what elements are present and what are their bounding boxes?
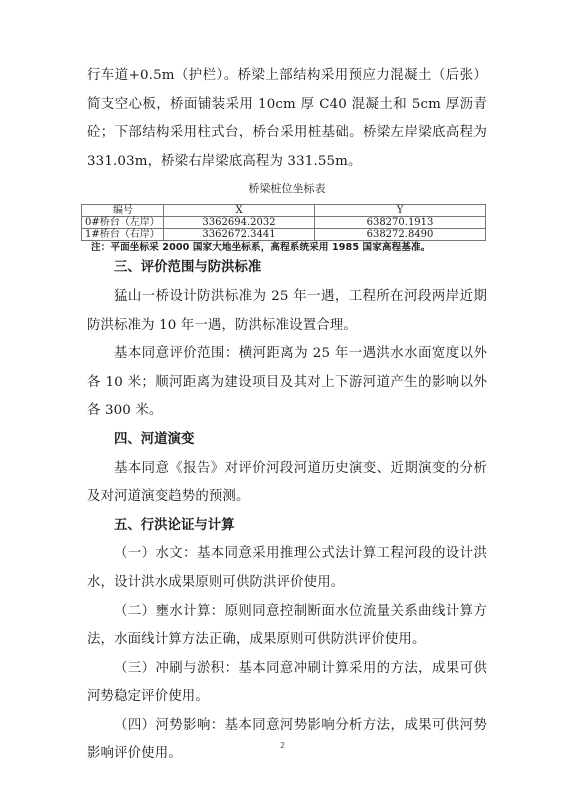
intro-paragraph: 行车道+0.5m（护栏）。桥梁上部结构采用预应力混凝土（后张）简支空心板，桥面铺… (87, 62, 487, 176)
section-paragraph: 基本同意评价范围：横河距离为 25 年一遇洪水水面宽度以外各 10 米；顺河距离… (87, 340, 487, 426)
bridge-pile-coordinates-table: 编号 X Y 0#桥台（左岸） 3362694.2032 638270.1913… (81, 204, 486, 241)
page-number: 2 (280, 741, 285, 750)
cell-id: 0#桥台（左岸） (82, 217, 164, 229)
table-caption: 桥梁桩位坐标表 (87, 182, 487, 196)
table-row: 0#桥台（左岸） 3362694.2032 638270.1913 (82, 217, 486, 229)
column-header-y: Y (315, 205, 486, 217)
section-heading-river-evolution: 四、河道演变 (87, 426, 487, 455)
cell-y: 638270.1913 (315, 217, 486, 229)
section-paragraph: 基本同意《报告》对评价河段河道历史演变、近期演变的分析及对河道演变趋势的预测。 (87, 455, 487, 512)
page-content: 行车道+0.5m（护栏）。桥梁上部结构采用预应力混凝土（后张）简支空心板，桥面铺… (87, 62, 487, 769)
column-header-x: X (164, 205, 315, 217)
cell-x: 3362694.2032 (164, 217, 315, 229)
section-paragraph: （一）水文：基本同意采用推理公式法计算工程河段的设计洪水，设计洪水成果原则可供防… (87, 540, 487, 597)
cell-x: 3362672.3441 (164, 229, 315, 241)
column-header-id: 编号 (82, 205, 164, 217)
table-header-row: 编号 X Y (82, 205, 486, 217)
table-row: 1#桥台（右岸） 3362672.3441 638272.8490 (82, 229, 486, 241)
section-heading-flood-calculation: 五、行洪论证与计算 (87, 512, 487, 541)
section-paragraph: 猛山一桥设计防洪标准为 25 年一遇，工程所在河段两岸近期防洪标准为 10 年一… (87, 283, 487, 340)
section-paragraph: （三）冲刷与淤积：基本同意冲刷计算采用的方法，成果可供河势稳定评价使用。 (87, 655, 487, 712)
cell-y: 638272.8490 (315, 229, 486, 241)
document-page: 行车道+0.5m（护栏）。桥梁上部结构采用预应力混凝土（后张）简支空心板，桥面铺… (0, 0, 567, 802)
section-paragraph: （四）河势影响：基本同意河势影响分析方法，成果可供河势影响评价使用。 (87, 712, 487, 769)
table-note: 注：平面坐标采 2000 国家大地坐标系，高程系统采用 1985 国家高程基准。 (87, 242, 487, 254)
section-heading-evaluation-scope: 三、评价范围与防洪标准 (87, 254, 487, 283)
section-paragraph: （二）壅水计算：原则同意控制断面水位流量关系曲线计算方法，水面线计算方法正确，成… (87, 598, 487, 655)
cell-id: 1#桥台（右岸） (82, 229, 164, 241)
